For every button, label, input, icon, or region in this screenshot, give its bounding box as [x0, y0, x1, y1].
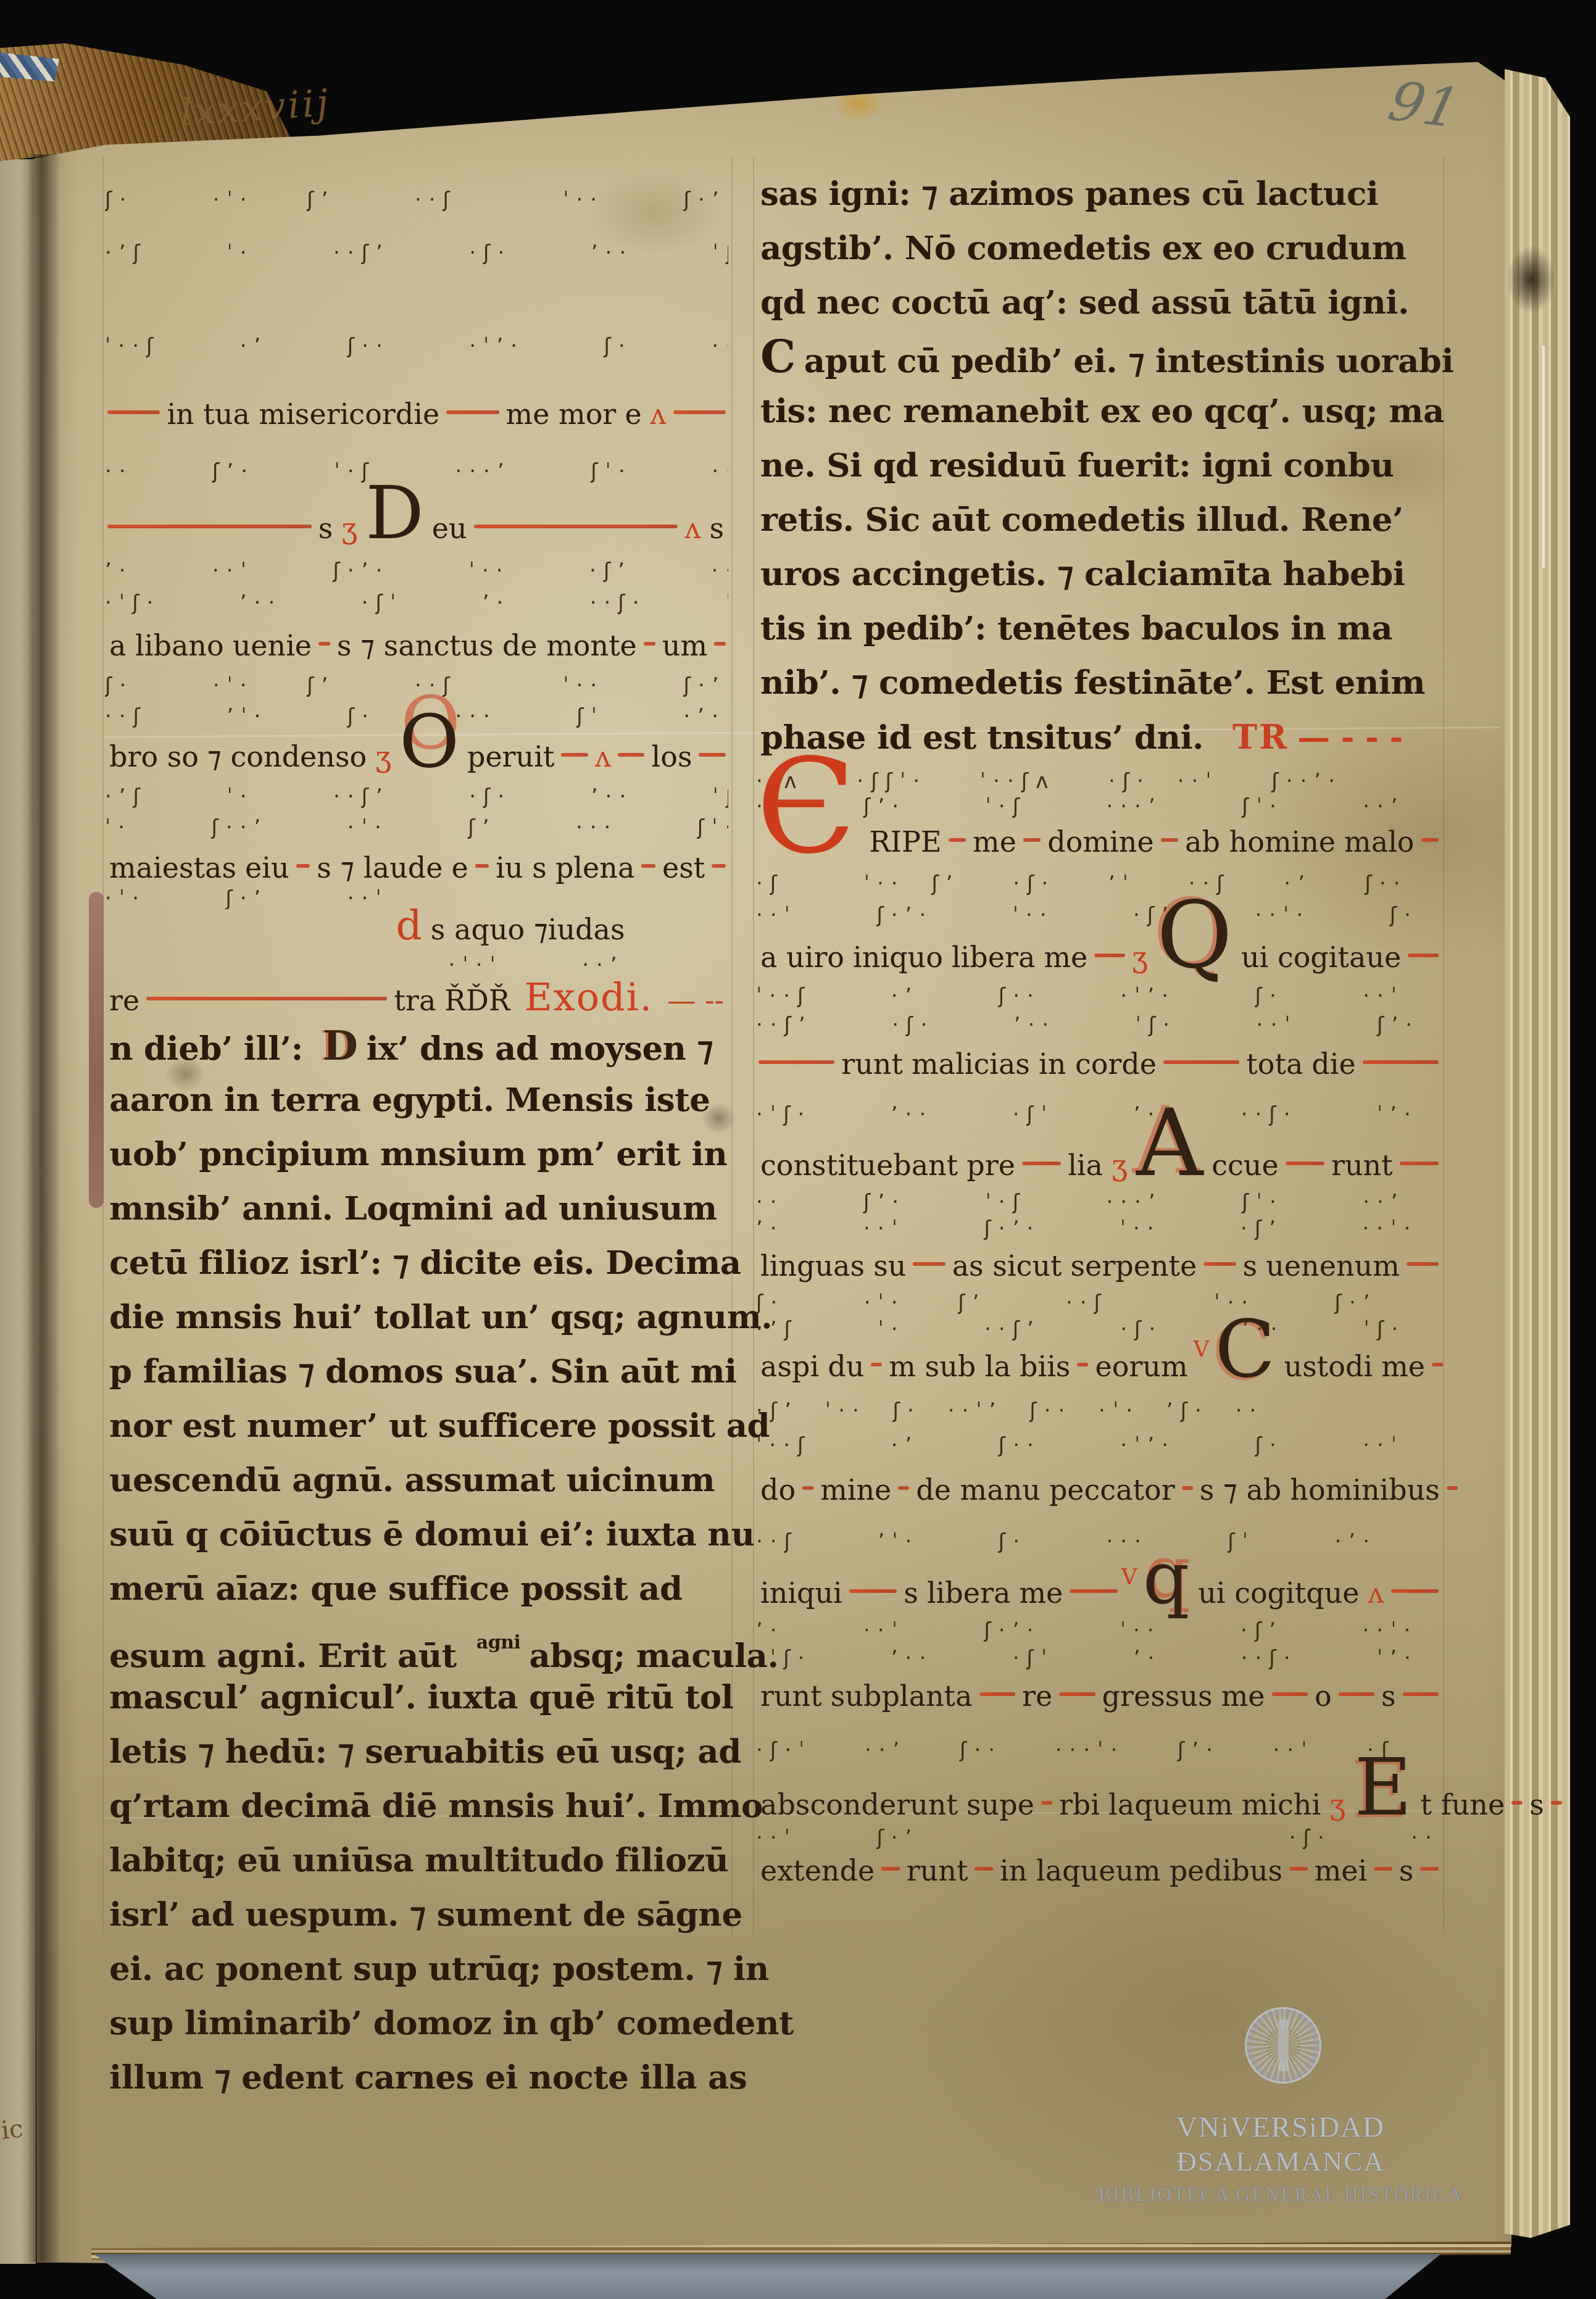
manuscript-word: uenie — [228, 628, 316, 663]
prose-line: tis: nec remanebit ex eo qcq’. usq; ma — [756, 384, 1441, 438]
watermark-line-1: VNiVERSiDAD — [1120, 2111, 1441, 2144]
margin-mark: ic — [0, 2114, 25, 2145]
manuscript-word: pedibus — [1165, 1853, 1287, 1889]
manuscript-word: s — [314, 510, 338, 546]
manuscript-word: runt — [756, 1678, 826, 1714]
neume-rows: ʼ· ··ˈ ʃ·ʼ· ˈ·· ·ʃʼ ··ˈ· ʃ·ˈʃ· ʼ·· ·ʃˈ ʼ… — [105, 549, 728, 625]
prose-line: sup liminarib’ domoz in qb’ comedent — [105, 1996, 728, 2050]
chant-line: ʼ· ··ˈ ʃ·ʼ· ˈ·· ·ʃʼ ··ˈ· ʃ·ˈʃ· ʼ·· ·ʃˈ ʼ… — [105, 546, 728, 663]
prose-line: aaron in terra egypti. Mensis iste — [105, 1073, 728, 1127]
neume-row: ·ˈ·ˈ ··ʼ — [105, 955, 728, 976]
manuscript-word: eiu — [241, 850, 294, 886]
manuscript-word: ʌ — [646, 396, 671, 432]
illuminated-initial: Q — [1152, 918, 1237, 954]
neume-row: ·ˈʃ· ʼ·· ·ʃˈ ʼ· ··ʃ· ˈʼ· ·ʃ — [756, 1648, 1441, 1669]
prose-line: ei. ac ponent sup utrūq; postem. ⁊ in — [105, 1942, 728, 1996]
manuscript-word: laqueum — [1104, 1787, 1237, 1823]
manuscript-word: ccue — [1207, 1147, 1282, 1183]
manuscript-word: nor est numer’ ut sufficere possit ad — [105, 1407, 774, 1445]
manuscript-word: ʒ — [1107, 1147, 1132, 1183]
manuscript-word: ʌ — [680, 510, 705, 546]
prose-line: illum ⁊ edent carnes ei nocte illa as — [105, 2050, 728, 2105]
manuscript-word: illum ⁊ edent carnes ei nocte illa as — [105, 2058, 751, 2097]
manuscript-word: C — [756, 330, 800, 383]
illuminated-initial: D — [362, 495, 428, 531]
chant-text-row: runtsubplantaregressusmeos — [756, 1678, 1441, 1714]
manuscript-word: libera — [947, 939, 1040, 975]
prose-line: uros accingetis. ⁊ calciamīta habebi — [756, 547, 1441, 601]
right-column: sas igni: ⁊ azimos panes cū lactuciagsti… — [756, 167, 1441, 1889]
chant-line: ʼ· ··ˈ ʃ·ʼ· ˈ·· ·ʃʼ ··ˈ· ʃ·ˈʃ· ʼ·· ·ʃˈ ʼ… — [756, 1611, 1441, 1714]
manuscript-word: runt — [837, 1046, 907, 1082]
chant-line: ʃ· ·ˈ· ʃʼ ··ʃ ˈ·· ʃ·ʼ ·ˈ··ʃ ʼˈ· ʃ· ··· ʃ… — [105, 663, 728, 775]
prose-line: tis in pedib’: tenētes baculos in ma — [756, 601, 1441, 655]
chant-text-row: a uiroiniquoliberameʒQui cogitaue — [756, 918, 1441, 975]
manuscript-word: absconderunt — [756, 1787, 962, 1823]
manuscript-word: uescendū agnū. assumat uicinum — [105, 1461, 719, 1499]
manuscript-word: hominibus — [1286, 1472, 1444, 1508]
manuscript-word: o — [1310, 1678, 1336, 1714]
neume-row: ˈ··ʃ ·ʼ ʃ·· ·ˈʼ· ʃ· ··ˈ ʼʃ — [756, 986, 1441, 1007]
prose-line: phase id est tnsitus’ dni.TR— ‐ ‐ ‐ — [756, 710, 1441, 764]
chant-text-row: aspidum sub labiiseorumVCustodime — [756, 1332, 1441, 1384]
chant-line: ·· ʃʼ· ˈ·ʃ ···ʼ ʃˈ· ··ʼ ʃ·sʒDeuʌs — [105, 432, 728, 546]
prose-line: agstib’. Nō comedetis ex eo crudum — [756, 221, 1441, 275]
chant-text-row: bro so⁊ condensoʒOperuitʌlos — [105, 723, 728, 775]
manuscript-word: ʒ — [337, 510, 362, 546]
manuscript-word: in laqueum — [995, 1853, 1165, 1889]
manuscript-word: su — [869, 1248, 910, 1284]
manuscript-word: ab homine — [1181, 824, 1340, 860]
manuscript-word: ix’ dns ad moysen ⁊ — [362, 1029, 717, 1068]
manuscript-word: linguas — [756, 1248, 869, 1284]
seal-emblem — [1278, 2019, 1289, 2072]
manuscript-word: s — [899, 1575, 923, 1611]
neume-rows: ··ˈ ʃ·ʼ ·ʃ· ·· — [756, 1825, 1441, 1850]
manuscript-word: ustodi — [1280, 1349, 1378, 1384]
chant-line: ˈ··ʃ ·ʼ ʃ·· ·ˈʼ· ʃ· ··ˈ ʼʃ··ʃʼ ·ʃ· ʼ·· ˈ… — [756, 975, 1441, 1082]
manuscript-word: labitq; eū uniūsa multitudo filiozū — [105, 1841, 733, 1879]
chant-line: ·ʃ ˈ·· ʃʼ ·ʃ· ʼˈ ··ʃ ·ʼ ʃ····ˈ ʃ·ʼ· ˈ·· … — [756, 860, 1441, 975]
manuscript-word: tis: nec remanebit ex eo qcq’. usq; ma — [756, 392, 1448, 430]
manuscript-word: d — [392, 908, 426, 944]
manuscript-word: ʒ — [1128, 939, 1152, 975]
manuscript-word: absq; macula. — [525, 1637, 783, 1675]
prose-line: mascul’ agnicul’. iuxta quē ritū tol — [105, 1670, 728, 1724]
manuscript-word: re — [105, 983, 144, 1018]
neume-rows: ʼ· ··ˈ ʃ·ʼ· ˈ·· ·ʃʼ ··ˈ· ʃ·ˈʃ· ʼ·· ·ʃˈ ʼ… — [756, 1613, 1441, 1676]
manuscript-word: maiestas — [105, 850, 241, 886]
gutter-crease-shadow — [27, 154, 59, 2262]
neume-row: ˈ··ʃ ·ʼ ʃ·· ·ˈʼ· ʃ· ··ˈ ʼʃ — [105, 336, 728, 357]
manuscript-word: subplanta — [826, 1678, 977, 1714]
manuscript-word: mnsib’ anni. Loqmini ad uniusum — [105, 1189, 721, 1228]
neume-row: ··ʃ ʼˈ· ʃ· ··· ʃˈ ·ʼ· ·ʃ· — [756, 1531, 1441, 1552]
chant-line: ·ʃʼ ˈ·· ʃ· ··ˈʼ ʃ·· ·ˈ· ʼʃ· ··ˈ··ʃ ·ʼ ʃ·… — [756, 1384, 1441, 1508]
chant-line: ··ʌ ·ʃʃˈ· ˈ··ʃʌ ·ʃ· ··ˈ ʃ··ʼ··· ʃʼ· ˈ·ʃ … — [756, 764, 1441, 860]
neume-rows: ʃ· ·ˈ· ʃʼ ··ʃ ˈ·· ʃ·ʼ ·ˈ·ʼʃ ˈ· ··ʃʼ ·ʃ· … — [105, 157, 728, 296]
prose-block: n dieb’ ill’: Dix’ dns ad moysen ⁊aaron … — [105, 1018, 728, 2105]
neume-rows: ˈ··ʃ ·ʼ ʃ·· ·ˈʼ· ʃ· ··ˈ ʼʃ — [105, 299, 728, 394]
manuscript-word: merū aīaz: que suffice possit ad — [105, 1569, 687, 1608]
manuscript-word: tis in pedib’: tenētes baculos in ma — [756, 609, 1397, 647]
manuscript-word: me — [1015, 1575, 1067, 1611]
chant-text-row: in tua misericordieme moreʌ — [105, 396, 728, 432]
illuminated-initial: E — [1350, 1770, 1416, 1806]
manuscript-word: est — [658, 850, 709, 886]
prose-line: uob’ pncipium mnsium pm’ erit in — [105, 1127, 728, 1181]
neume-row: ʼ· ··ˈ ʃ·ʼ· ˈ·· ·ʃʼ ··ˈ· ʃ — [756, 1620, 1441, 1641]
manuscript-word: do — [756, 1472, 800, 1508]
chant-line: ··ˈ ʃ·ʼ ·ʃ· ··extenderuntin laqueumpedib… — [756, 1823, 1441, 1889]
prose-line: nib’. ⁊ comedetis festināte’. Est enim — [756, 655, 1441, 710]
manuscript-word: me — [1377, 1349, 1429, 1384]
initial-I — [89, 892, 104, 1208]
manuscript-word: aput cū pedib’ ei. ⁊ intestinis uorabi — [800, 342, 1458, 380]
manuscript-word: s ⁊ sanctus — [333, 628, 498, 663]
manuscript-word: de manu — [912, 1472, 1045, 1508]
prose-line: p familias ⁊ domos sua’. Sin aūt mi — [105, 1344, 728, 1399]
prose-line: sas igni: ⁊ azimos panes cū lactuci — [756, 167, 1441, 221]
manuscript-word: ⁊ condenso — [203, 739, 371, 775]
manuscript-word: q’rtam decimā diē mnsis hui’. Immo — [105, 1787, 767, 1825]
prose-line: retis. Sic aūt comedetis illud. Rene’ — [756, 493, 1441, 547]
manuscript-word: ŘĎŘ — [440, 983, 514, 1018]
manuscript-word: in tua misericordie — [162, 396, 444, 432]
left-column: ʃ· ·ˈ· ʃʼ ··ʃ ˈ·· ʃ·ʼ ·ˈ·ʼʃ ˈ· ··ʃʼ ·ʃ· … — [105, 154, 728, 2105]
manuscript-word: tra — [389, 983, 440, 1018]
prose-line: ne. Si qd residuū fuerit: igni conbu — [756, 438, 1441, 493]
manuscript-word: p familias ⁊ domos sua’. Sin aūt mi — [105, 1352, 741, 1391]
edge-stain — [1507, 246, 1555, 314]
chant-line: ˈ··ʃ ·ʼ ʃ·· ·ˈʼ· ʃ· ··ˈ ʼʃin tua miseric… — [105, 296, 728, 432]
chant-line: ·ʃ·ˈ ··ʼ ʃ·· ···ˈ· ʃʼ· ··ˈ ·ʃabsconderun… — [756, 1714, 1441, 1823]
manuscript-word: tota — [1242, 1046, 1307, 1082]
manuscript-word: — ‐‐ — [663, 983, 728, 1018]
prose-line: suū q cōiūctus ē domui ei’: iuxta nu — [105, 1507, 728, 1561]
manuscript-word: agstib’. Nō comedetis ex eo crudum — [756, 229, 1410, 267]
manuscript-word: s — [1377, 1678, 1400, 1714]
manuscript-word: e — [620, 396, 646, 432]
neume-row: ·ʼʃ ˈ· ··ʃʼ ·ʃ· ʼ·· ˈʃ· ·· — [105, 243, 728, 264]
chant-line: ··ʃ ʼˈ· ʃ· ··· ʃˈ ·ʼ· ·ʃ·iniquisliberame… — [756, 1508, 1441, 1611]
manuscript-word: V — [1120, 1560, 1139, 1595]
manuscript-word: peruit — [463, 739, 559, 775]
folio-number-pencil: 91 — [1383, 69, 1466, 140]
chant-text-row: a libanouenies ⁊ sanctusde monteum — [105, 628, 728, 663]
manuscript-word: sup liminarib’ domoz in qb’ comedent — [105, 2004, 798, 2042]
manuscript-word: V — [1192, 1332, 1211, 1368]
manuscript-word: malo — [1340, 824, 1418, 860]
neume-rows: ˈ··ʃ ·ʼ ʃ·· ·ˈʼ· ʃ· ··ˈ ʼʃ··ʃʼ ·ʃ· ʼ·· ˈ… — [756, 978, 1441, 1044]
neume-row: ʼ· ··ˈ ʃ·ʼ· ˈ·· ·ʃʼ ··ˈ· ʃ — [756, 1218, 1441, 1239]
manuscript-word: die mnsis hui’ tollat un’ qsq; agnum. — [105, 1298, 776, 1336]
manuscript-word: qd nec coctū aq’: sed assū tātū igni. — [756, 283, 1413, 322]
manuscript-word: die — [1307, 1046, 1360, 1082]
illuminated-initial: q — [1139, 1560, 1194, 1595]
manuscript-word: eu — [428, 510, 472, 546]
manuscript-word: du — [823, 1349, 868, 1384]
chant-line: ·ˈʃ· ʼ·· ·ʃˈ ʼ· ··ʃ· ˈʼ· ·ʃconstituebant… — [756, 1082, 1441, 1183]
neume-row: ·ʃʼ ˈ·· ʃ· ··ˈʼ ʃ·· ·ˈ· ʼʃ· ·· — [756, 1400, 1441, 1421]
neume-row: ˈ··ʃ ·ʼ ʃ·· ·ˈʼ· ʃ· ··ˈ ʼʃ — [756, 1435, 1441, 1456]
chant-text-row: ЄRIPEmedomineab hominemalo — [756, 789, 1441, 860]
manuscript-word: e — [447, 850, 472, 886]
manuscript-word: s — [1395, 1853, 1418, 1889]
manuscript-word: mascul’ agnicul’. iuxta quē ritū tol — [105, 1678, 738, 1716]
manuscript-word: a uiro — [756, 939, 849, 975]
prose-line: labitq; eū uniūsa multitudo filiozū — [105, 1833, 728, 1887]
manuscript-word: isrl’ ad uespum. ⁊ sument de sāgne — [105, 1895, 747, 1934]
chant-line: ʃ· ·ˈ· ʃʼ ··ʃ ˈ·· ʃ·ʼ ·ˈ·ʼʃ ˈ· ··ʃʼ ·ʃ· … — [756, 1284, 1441, 1384]
manuscript-word: ʒ — [371, 739, 396, 775]
manuscript-word: re — [1018, 1678, 1057, 1714]
manuscript-word: domine — [1043, 824, 1158, 860]
manuscript-word: peccator — [1045, 1472, 1179, 1508]
manuscript-word: D — [318, 1021, 362, 1070]
manuscript-word: RIPE — [865, 824, 946, 860]
manuscript-word: aaron in terra egypti. Mensis iste — [105, 1081, 714, 1119]
manuscript-word: rbi — [1055, 1787, 1104, 1823]
prose-line: die mnsis hui’ tollat un’ qsq; agnum. — [105, 1290, 728, 1344]
manuscript-word: uros accingetis. ⁊ calciamīta habebi — [756, 555, 1409, 593]
neume-row: ··ˈ ʃ·ʼ ·ʃ· ·· — [756, 1827, 1441, 1848]
chant-text-row: absconderuntsuperbilaqueummichiʒEt funes — [756, 1770, 1441, 1823]
manuscript-word: bro so — [105, 739, 203, 775]
neume-row: ·ʃ·ˈ ··ʼ ʃ·· ···ˈ· ʃʼ· ··ˈ ·ʃ — [756, 1740, 1441, 1761]
manuscript-word: ei. ac ponent sup utrūq; postem. ⁊ in — [105, 1950, 773, 1988]
manuscript-word: runt — [1327, 1147, 1397, 1183]
manuscript-word: mine — [816, 1472, 896, 1508]
prose-line: nor est numer’ ut sufficere possit ad — [105, 1399, 728, 1453]
manuscript-word: iniquo — [849, 939, 947, 975]
manuscript-word: um — [658, 628, 712, 663]
neume-rows: ·· ʃʼ· ˈ·ʃ ···ʼ ʃˈ· ··ʼ ʃ·ʼ· ··ˈ ʃ·ʼ· ˈ·… — [756, 1186, 1441, 1245]
manuscript-word: uob’ pncipium mnsium pm’ erit in — [105, 1135, 731, 1173]
manuscript-word: libera — [923, 1575, 1015, 1611]
manuscript-word: me — [968, 824, 1021, 860]
watermark-line-3: BIBLIOTECA GENERAL HISTÓRICA — [1086, 2184, 1475, 2206]
rubric-text: Exodi. — [515, 979, 663, 1015]
manuscript-word: sas igni: ⁊ azimos panes cū lactuci — [756, 175, 1382, 213]
chant-text-row: linguassuas sicutserpentesuenenum — [756, 1248, 1441, 1284]
chant-line: ·· ʃʼ· ˈ·ʃ ···ʼ ʃˈ· ··ʼ ʃ·ʼ· ··ˈ ʃ·ʼ· ˈ·… — [756, 1183, 1441, 1284]
manuscript-word: n dieb’ ill’: — [105, 1029, 318, 1068]
manuscript-word: ui cogitaue — [1237, 939, 1405, 975]
manuscript-word: letis ⁊ hedū: ⁊ seruabitis eū usq; ad — [105, 1732, 746, 1771]
manuscript-word: s ⁊ ab — [1195, 1472, 1286, 1508]
chant-text-row: constituebantpreliaʒAccuerunt — [756, 1126, 1441, 1183]
neume-row: ˈ· ʃ··ʼ ·ˈ· ʃʼ ··· ʃˈ· ʼ·· — [105, 817, 728, 838]
manuscript-word: ʒ — [1325, 1787, 1350, 1823]
prose-line: uescendū agnū. assumat uicinum — [105, 1453, 728, 1507]
manuscript-word: aspi — [756, 1349, 823, 1384]
illuminated-initial: A — [1132, 1126, 1207, 1162]
manuscript-word: me — [1217, 1678, 1270, 1714]
chant-line: ·ˈ· ʃ·ʼ ··ˈ ds aquo ⁊iudas — [105, 886, 728, 947]
chant-text-row: retraŘĎŘExodi.— ‐‐ — [105, 979, 728, 1018]
page-edges-stack — [1505, 69, 1570, 2247]
neume-row: ·ʃ ˈ·· ʃʼ ·ʃ· ʼˈ ··ʃ ·ʼ ʃ·· — [756, 873, 1441, 894]
table-surface — [73, 2254, 1469, 2299]
manuscript-word: esum agni. Erit aūt — [105, 1637, 472, 1675]
manuscript-word: plena — [551, 850, 639, 886]
illuminated-initial: O — [396, 723, 463, 759]
manuscript-word: as sicut — [948, 1248, 1066, 1284]
prose-line: cetū filioz isrl’: ⁊ dicite eis. Decima — [105, 1236, 728, 1290]
prose-line: mnsib’ anni. Loqmini ad uniusum — [105, 1181, 728, 1236]
prose-line: Caput cū pedib’ ei. ⁊ intestinis uorabi — [756, 330, 1441, 384]
manuscript-word: s — [1525, 1787, 1548, 1823]
prose-line: letis ⁊ hedū: ⁊ seruabitis eū usq; ad — [105, 1724, 728, 1779]
chant-text-row: maiestaseius ⁊ laudeeiu splenaest — [105, 850, 728, 886]
manuscript-word: constituebant — [756, 1147, 962, 1183]
illuminated-initial: Є — [756, 789, 865, 825]
manuscript-word: mei — [1310, 1853, 1372, 1889]
neume-row: ·ˈʃ· ʼ·· ·ʃˈ ʼ· ··ʃ· ˈʼ· ·ʃ — [756, 1104, 1441, 1125]
neume-rows: ·ʼʃ ˈ· ··ʃʼ ·ʃ· ʼ·· ˈʃ· ··ˈ· ʃ··ʼ ·ˈ· ʃʼ… — [105, 777, 728, 847]
manuscript-word: gressus — [1098, 1678, 1217, 1714]
manuscript-word: runt — [902, 1853, 973, 1889]
manuscript-word: iu s — [491, 850, 551, 886]
manuscript-word: cetū filioz isrl’: ⁊ dicite eis. Decima — [105, 1244, 746, 1282]
manuscript-word: uenenum — [1261, 1248, 1404, 1284]
manuscript-word: s ⁊ laude — [312, 850, 447, 886]
manuscript-word: agni — [472, 1632, 525, 1653]
manuscript-word: de monte — [498, 628, 641, 663]
neume-row: ʼ· ··ˈ ʃ·ʼ· ˈ·· ·ʃʼ ··ˈ· ʃ — [105, 560, 728, 581]
chant-text-row: ds aquo ⁊iudas — [105, 908, 728, 947]
manuscript-word: a libano — [105, 628, 228, 663]
manuscript-word: TR — [1208, 717, 1293, 757]
manuscript-word: lia — [1063, 1147, 1107, 1183]
manuscript-word: malicias — [907, 1046, 1034, 1082]
neume-row: ·ʼʃ ˈ· ··ʃʼ ·ʃ· ʼ·· ˈʃ· ·· — [105, 786, 728, 807]
chant-line: ·ʼʃ ˈ· ··ʃʼ ·ʃ· ʼ·· ˈʃ· ··ˈ· ʃ··ʼ ·ˈ· ʃʼ… — [105, 775, 728, 886]
manuscript-word: me — [1039, 939, 1092, 975]
neume-row: ·· ʃʼ· ˈ·ʃ ···ʼ ʃˈ· ··ʼ ʃ· — [756, 1192, 1441, 1213]
chant-text-row: runtmaliciasin cordetotadie — [756, 1046, 1441, 1082]
chant-text-row: sʒDeuʌs — [105, 495, 728, 546]
manuscript-word: me mor — [502, 396, 621, 432]
neume-row: ʃ· ·ˈ· ʃʼ ··ʃ ˈ·· ʃ·ʼ ·ˈ — [105, 189, 728, 210]
manuscript-word: s aquo ⁊iudas — [426, 912, 630, 947]
chant-text-row: iniquisliberameVqui cogitqueʌ — [756, 1560, 1441, 1611]
university-seal-watermark — [1245, 2007, 1321, 2084]
manuscript-word: michi — [1237, 1787, 1325, 1823]
manuscript-word: pre — [962, 1147, 1020, 1183]
neume-row: ··ʃʼ ·ʃ· ʼ·· ˈʃ· ··ˈ ʃʼ· ·· — [756, 1015, 1441, 1036]
prose-line: n dieb’ ill’: Dix’ dns ad moysen ⁊ — [105, 1018, 728, 1073]
chant-line: ʃ· ·ˈ· ʃʼ ··ʃ ˈ·· ʃ·ʼ ·ˈ·ʼʃ ˈ· ··ʃʼ ·ʃ· … — [105, 154, 728, 296]
manuscript-word: supe — [962, 1787, 1039, 1823]
prose-block: sas igni: ⁊ azimos panes cū lactuciagsti… — [756, 167, 1441, 764]
manuscript-word: ui cogitque — [1194, 1575, 1363, 1611]
manuscript-word: retis. Sic aūt comedetis illud. Rene’ — [756, 501, 1408, 539]
manuscript-word: s — [1239, 1248, 1262, 1284]
manuscript-word: ʌ — [1364, 1575, 1389, 1611]
manuscript-word: ne. Si qd residuū fuerit: igni conbu — [756, 446, 1398, 484]
manuscript-word: in corde — [1034, 1046, 1161, 1082]
manuscript-word: — ‐ ‐ ‐ — [1293, 718, 1407, 757]
manuscript-word: serpente — [1066, 1248, 1202, 1284]
manuscript-word: suū q cōiūctus ē domui ei’: iuxta nu — [105, 1515, 759, 1553]
manuscript-word: m sub la — [884, 1349, 1015, 1384]
chant-text-row: dominede manupeccators ⁊ abhominibus — [756, 1472, 1441, 1508]
neume-row: ʃ· ·ˈ· ʃʼ ··ʃ ˈ·· ʃ·ʼ ·ˈ — [756, 1292, 1441, 1313]
prose-line: merū aīaz: que suffice possit ad — [105, 1561, 728, 1616]
illuminated-initial: C — [1211, 1332, 1280, 1368]
neume-rows: ·ʃʼ ˈ·· ʃ· ··ˈʼ ʃ·· ·ˈ· ʼʃ· ··ˈ··ʃ ·ʼ ʃ·… — [756, 1387, 1441, 1470]
manuscript-word: ʌ — [591, 739, 615, 775]
neume-row: ʃ· ·ˈ· ʃʼ ··ʃ ˈ·· ʃ·ʼ ·ˈ — [105, 675, 728, 696]
manuscript-word: biis — [1015, 1349, 1074, 1384]
neume-row: ·ˈʃ· ʼ·· ·ʃˈ ʼ· ··ʃ· ˈʼ· ·ʃ — [105, 592, 728, 613]
manuscript-word: los — [647, 739, 696, 775]
manuscript-word: extende — [756, 1853, 879, 1889]
manuscript-word: nib’. ⁊ comedetis festināte’. Est enim — [756, 663, 1429, 702]
prose-line: qd nec coctū aq’: sed assū tātū igni. — [756, 275, 1441, 330]
chant-line: ·ˈ·ˈ ··ʼ retraŘĎŘExodi.— ‐‐ — [105, 947, 728, 1018]
watermark-line-2: ƉSALAMANCA — [1120, 2145, 1441, 2177]
manuscript-word: iniqui — [756, 1575, 847, 1611]
bookmark-thread — [1542, 346, 1545, 568]
prose-line: q’rtam decimā diē mnsis hui’. Immo — [105, 1779, 728, 1833]
digitized-manuscript-photo: lxxxviij 91 ic ʃ· ·ˈ· ʃʼ ··ʃ ˈ·· ʃ·ʼ ·ˈ·… — [0, 0, 1596, 2299]
manuscript-word: s — [705, 510, 728, 546]
chant-text-row: extenderuntin laqueumpedibusmeis — [756, 1853, 1441, 1889]
prose-line: isrl’ ad uespum. ⁊ sument de sāgne — [105, 1887, 728, 1942]
prose-line: esum agni. Erit aūt agniabsq; macula. — [105, 1616, 728, 1670]
manuscript-word: eorum — [1091, 1349, 1192, 1384]
manuscript-word: t fune — [1416, 1787, 1510, 1823]
